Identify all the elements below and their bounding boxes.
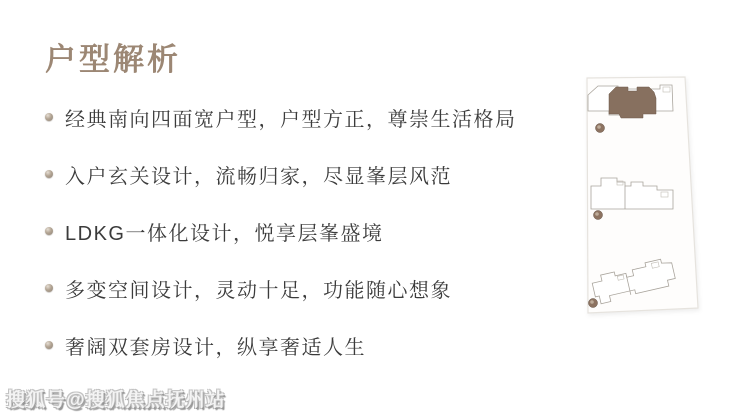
building-bottom-marker-icon	[589, 299, 598, 308]
bullet-text: 多变空间设计，灵动十足，功能随心想象	[65, 274, 452, 303]
list-item: 经典南向四面宽户型，户型方正，尊崇生活格局	[45, 104, 517, 130]
bullet-text: LDKG一体化设计，悦享层峯盛境	[65, 217, 383, 246]
bullet-text: 经典南向四面宽户型，户型方正，尊崇生活格局	[65, 103, 517, 132]
building-top-marker-icon	[596, 124, 605, 133]
list-item: 奢阔双套房设计，纵享奢适人生	[45, 332, 517, 358]
building-middle-marker-icon	[594, 211, 603, 220]
bullet-text: 奢阔双套房设计，纵享奢适人生	[65, 331, 366, 360]
building-top-highlight	[609, 87, 656, 118]
bullet-text: 入户玄关设计，流畅归家，尽显峯层风范	[65, 160, 452, 189]
bullet-list: 经典南向四面宽户型，户型方正，尊崇生活格局 入户玄关设计，流畅归家，尽显峯层风范…	[45, 104, 517, 389]
bullet-dot-icon	[45, 227, 53, 235]
list-item: LDKG一体化设计，悦享层峯盛境	[45, 218, 517, 244]
page-title: 户型解析	[45, 34, 181, 79]
bullet-dot-icon	[45, 113, 53, 121]
list-item: 入户玄关设计，流畅归家，尽显峯层风范	[45, 161, 517, 187]
list-item: 多变空间设计，灵动十足，功能随心想象	[45, 275, 517, 301]
watermark: 搜狐号@搜狐焦点抚州站	[6, 385, 226, 412]
site-plan-thumbnail	[573, 64, 703, 322]
slide-canvas: 户型解析 经典南向四面宽户型，户型方正，尊崇生活格局 入户玄关设计，流畅归家，尽…	[0, 0, 740, 414]
bullet-dot-icon	[45, 170, 53, 178]
bullet-dot-icon	[45, 284, 53, 292]
bullet-dot-icon	[45, 341, 53, 349]
